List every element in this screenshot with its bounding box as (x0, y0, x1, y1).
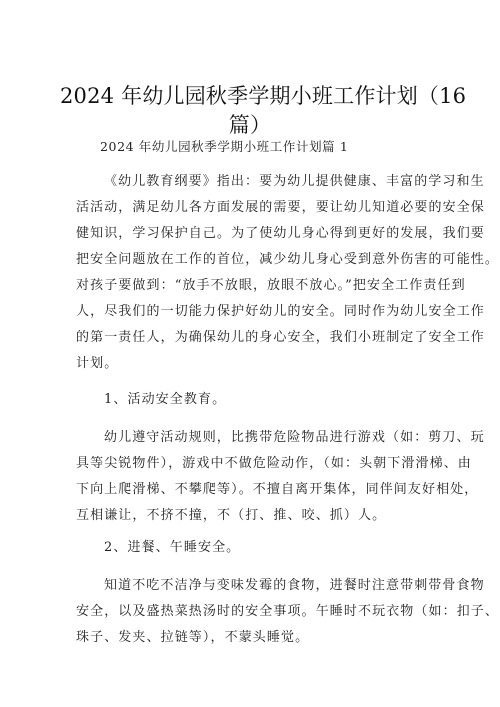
title-line: 篇） (60, 111, 440, 140)
text-line: 人，尽我们的一切能力保护好幼儿的安全。同时作为幼儿安全工作 (76, 299, 436, 325)
text-line: 知道不吃不洁净与变味发霉的食物，进餐时注意带刺带骨食物 (76, 573, 436, 599)
text-line: 对孩子要做到：“放手不放眼，放眼不放心。”把安全工作责任到 (76, 273, 436, 299)
paragraph-meal-nap-safety: 知道不吃不洁净与变味发霉的食物，进餐时注意带刺带骨食物 安全，以及盛热菜热汤时的… (76, 573, 436, 651)
heading-text: 2、进餐、午睡安全。 (76, 535, 436, 561)
paragraph-activity-safety: 幼儿遵守活动规则，比携带危险物品进行游戏（如：剪刀、玩 具等尖锐物件），游戏中不… (76, 425, 436, 529)
heading-text: 1、活动安全教育。 (76, 387, 436, 413)
text-line: 健知识，学习保护自己。为了使幼儿身心得到更好的发展，我们要 (76, 221, 436, 247)
text-line: 珠子、发夹、拉链等），不蒙头睡觉。 (76, 625, 436, 651)
title-line: 2024 年幼儿园秋季学期小班工作计划（16 (60, 82, 440, 111)
document-title: 2024 年幼儿园秋季学期小班工作计划（16 篇） (60, 82, 440, 140)
document-subtitle: 2024 年幼儿园秋季学期小班工作计划篇 1 (100, 138, 348, 156)
section-heading-meal-nap-safety: 2、进餐、午睡安全。 (76, 535, 436, 561)
text-line: 互相谦让，不挤不撞，不（打、推、咬、抓）人。 (76, 503, 436, 529)
text-line: 把安全问题放在工作的首位，减少幼儿身心受到意外伤害的可能性。 (76, 247, 436, 273)
text-line: 的第一责任人，为确保幼儿的身心安全，我们小班制定了安全工作 (76, 325, 436, 351)
text-line: 计划。 (76, 351, 436, 377)
text-line: 安全，以及盛热菜热汤时的安全事项。午睡时不玩衣物（如：扣子、 (76, 599, 436, 625)
text-line: 《幼儿教育纲要》指出：要为幼儿提供健康、丰富的学习和生 (76, 169, 436, 195)
text-line: 具等尖锐物件），游戏中不做危险动作，（如：头朝下滑滑梯、由 (76, 451, 436, 477)
text-line: 幼儿遵守活动规则，比携带危险物品进行游戏（如：剪刀、玩 (76, 425, 436, 451)
paragraph-intro: 《幼儿教育纲要》指出：要为幼儿提供健康、丰富的学习和生 活活动，满足幼儿各方面发… (76, 169, 436, 377)
document-page: 2024 年幼儿园秋季学期小班工作计划（16 篇） 2024 年幼儿园秋季学期小… (0, 0, 500, 707)
section-heading-activity-safety: 1、活动安全教育。 (76, 387, 436, 413)
text-line: 下向上爬滑梯、不攀爬等）。不擅自离开集体，同伴间友好相处， (76, 477, 436, 503)
text-line: 活活动，满足幼儿各方面发展的需要，要让幼儿知道必要的安全保 (76, 195, 436, 221)
